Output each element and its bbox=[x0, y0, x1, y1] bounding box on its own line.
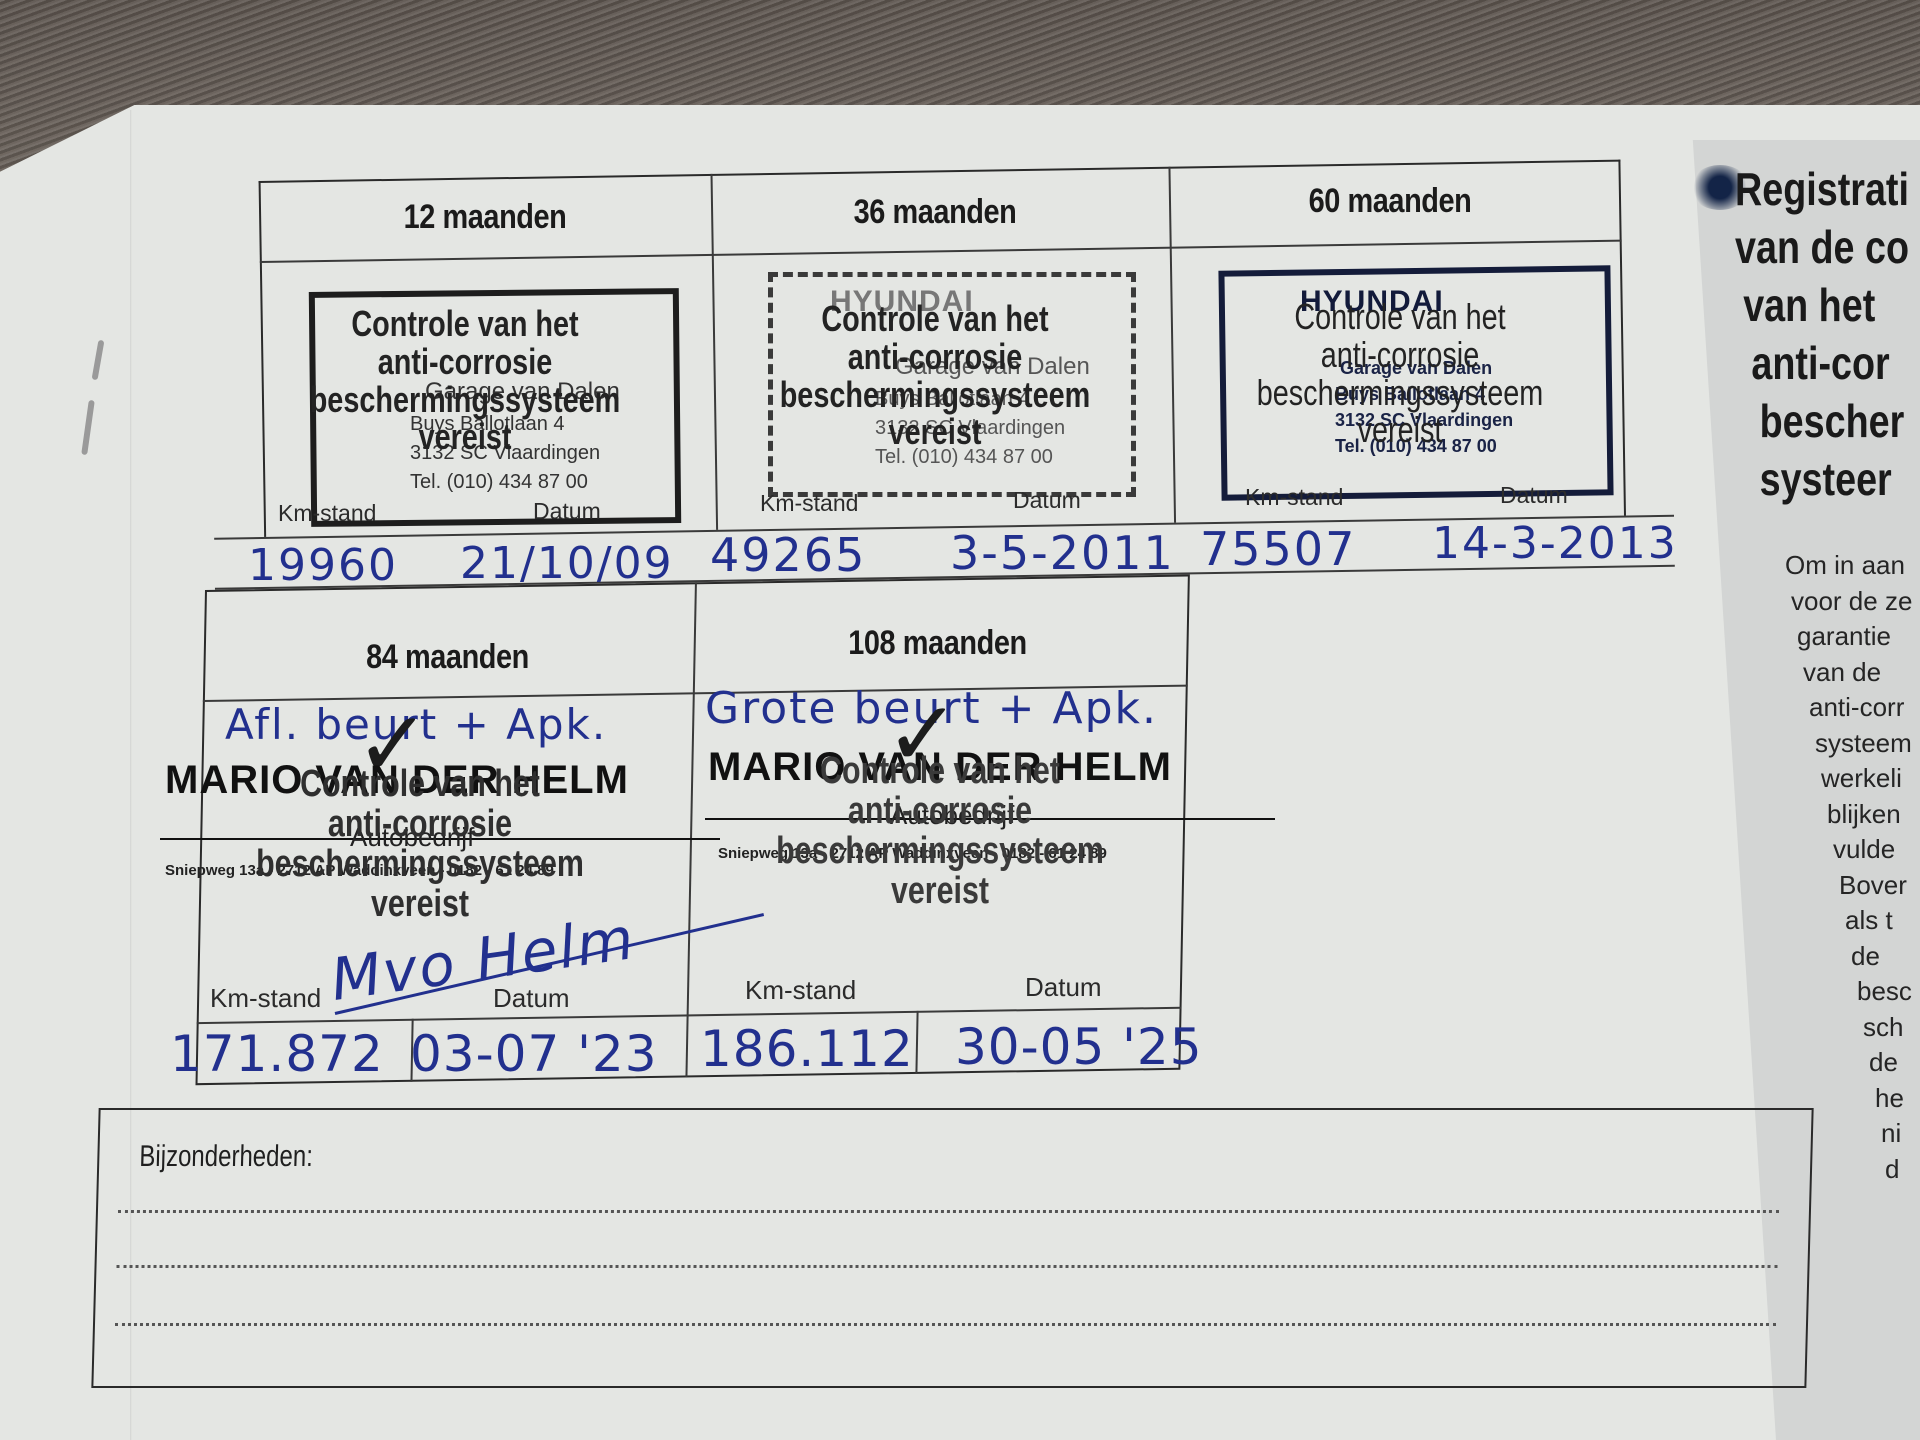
side-panel-body-line: systeem bbox=[1785, 726, 1912, 762]
km-value: 49265 bbox=[710, 528, 866, 582]
km-stand-label: Km-stand bbox=[745, 975, 856, 1006]
side-panel-body-line: de bbox=[1785, 1045, 1912, 1081]
period-header: 60 maanden bbox=[1199, 182, 1582, 221]
date-value: 21/10/09 bbox=[460, 538, 674, 589]
datum-label: Datum bbox=[493, 983, 570, 1014]
km-stand-label: Km-stand bbox=[278, 500, 376, 527]
notes-line-3[interactable] bbox=[115, 1323, 1776, 1326]
period-header: 12 maanden bbox=[294, 198, 677, 237]
side-panel-body-line: besc bbox=[1785, 974, 1912, 1010]
notes-line-1[interactable] bbox=[118, 1210, 1779, 1213]
inspection-required-text: Controle van het anti-corrosie beschermi… bbox=[764, 752, 1116, 912]
notes-line-2[interactable] bbox=[116, 1265, 1777, 1268]
side-panel-body-line: van de bbox=[1785, 655, 1912, 691]
side-panel-body-line: garantie bbox=[1785, 619, 1912, 655]
side-panel-body-line: vulde bbox=[1785, 832, 1912, 868]
side-panel-body-line: blijken bbox=[1785, 797, 1912, 833]
side-panel-body-line: Bover bbox=[1785, 868, 1912, 904]
km-stand-label: Km-stand bbox=[210, 983, 321, 1014]
side-panel-body-line: Om in aan bbox=[1785, 548, 1912, 584]
period-header: 84 maanden bbox=[254, 638, 641, 677]
datum-label: Datum bbox=[533, 498, 601, 525]
date-value: 14-3-2013 bbox=[1432, 518, 1678, 569]
date-value: 30-05 '25 bbox=[955, 1018, 1203, 1076]
datum-label: Datum bbox=[1500, 482, 1568, 509]
side-panel-body-line: als t bbox=[1785, 903, 1912, 939]
side-panel-body-line: voor de ze bbox=[1785, 584, 1912, 620]
date-value: 03-07 '23 bbox=[410, 1025, 658, 1083]
side-panel-body-line: sch bbox=[1785, 1010, 1912, 1046]
notes-box[interactable]: Bijzonderheden: bbox=[91, 1108, 1813, 1388]
datum-label: Datum bbox=[1013, 487, 1081, 514]
km-value: 75507 bbox=[1200, 522, 1356, 576]
notes-label: Bijzonderheden: bbox=[139, 1140, 313, 1174]
datum-label: Datum bbox=[1025, 972, 1102, 1003]
inspection-required-text: Controle van het anti-corrosie beschermi… bbox=[297, 305, 633, 456]
side-panel-body: Om in aanvoor de zegarantievan deanti-co… bbox=[1785, 548, 1912, 1187]
side-panel-body-line: werkeli bbox=[1785, 761, 1912, 797]
side-panel-body-line: anti-corr bbox=[1785, 690, 1912, 726]
side-panel-title: Registrati van de co van het anti-cor be… bbox=[1735, 160, 1909, 508]
km-stand-label: Km-stand bbox=[760, 490, 858, 517]
inspection-required-text: Controle van het anti-corrosie beschermi… bbox=[244, 765, 596, 925]
period-header: 108 maanden bbox=[744, 624, 1131, 663]
km-value: 19960 bbox=[248, 540, 398, 591]
km-stand-label: Km-stand bbox=[1245, 484, 1343, 511]
date-value: 3-5-2011 bbox=[950, 526, 1175, 580]
inspection-required-text: Controle van het anti-corrosie beschermi… bbox=[1224, 298, 1576, 449]
period-header: 36 maanden bbox=[744, 193, 1127, 232]
side-panel-body-line: de bbox=[1785, 939, 1912, 975]
km-value: 171.872 bbox=[170, 1025, 384, 1083]
km-value: 186.112 bbox=[700, 1020, 914, 1078]
inspection-required-text: Controle van het anti-corrosie beschermi… bbox=[767, 300, 1103, 451]
